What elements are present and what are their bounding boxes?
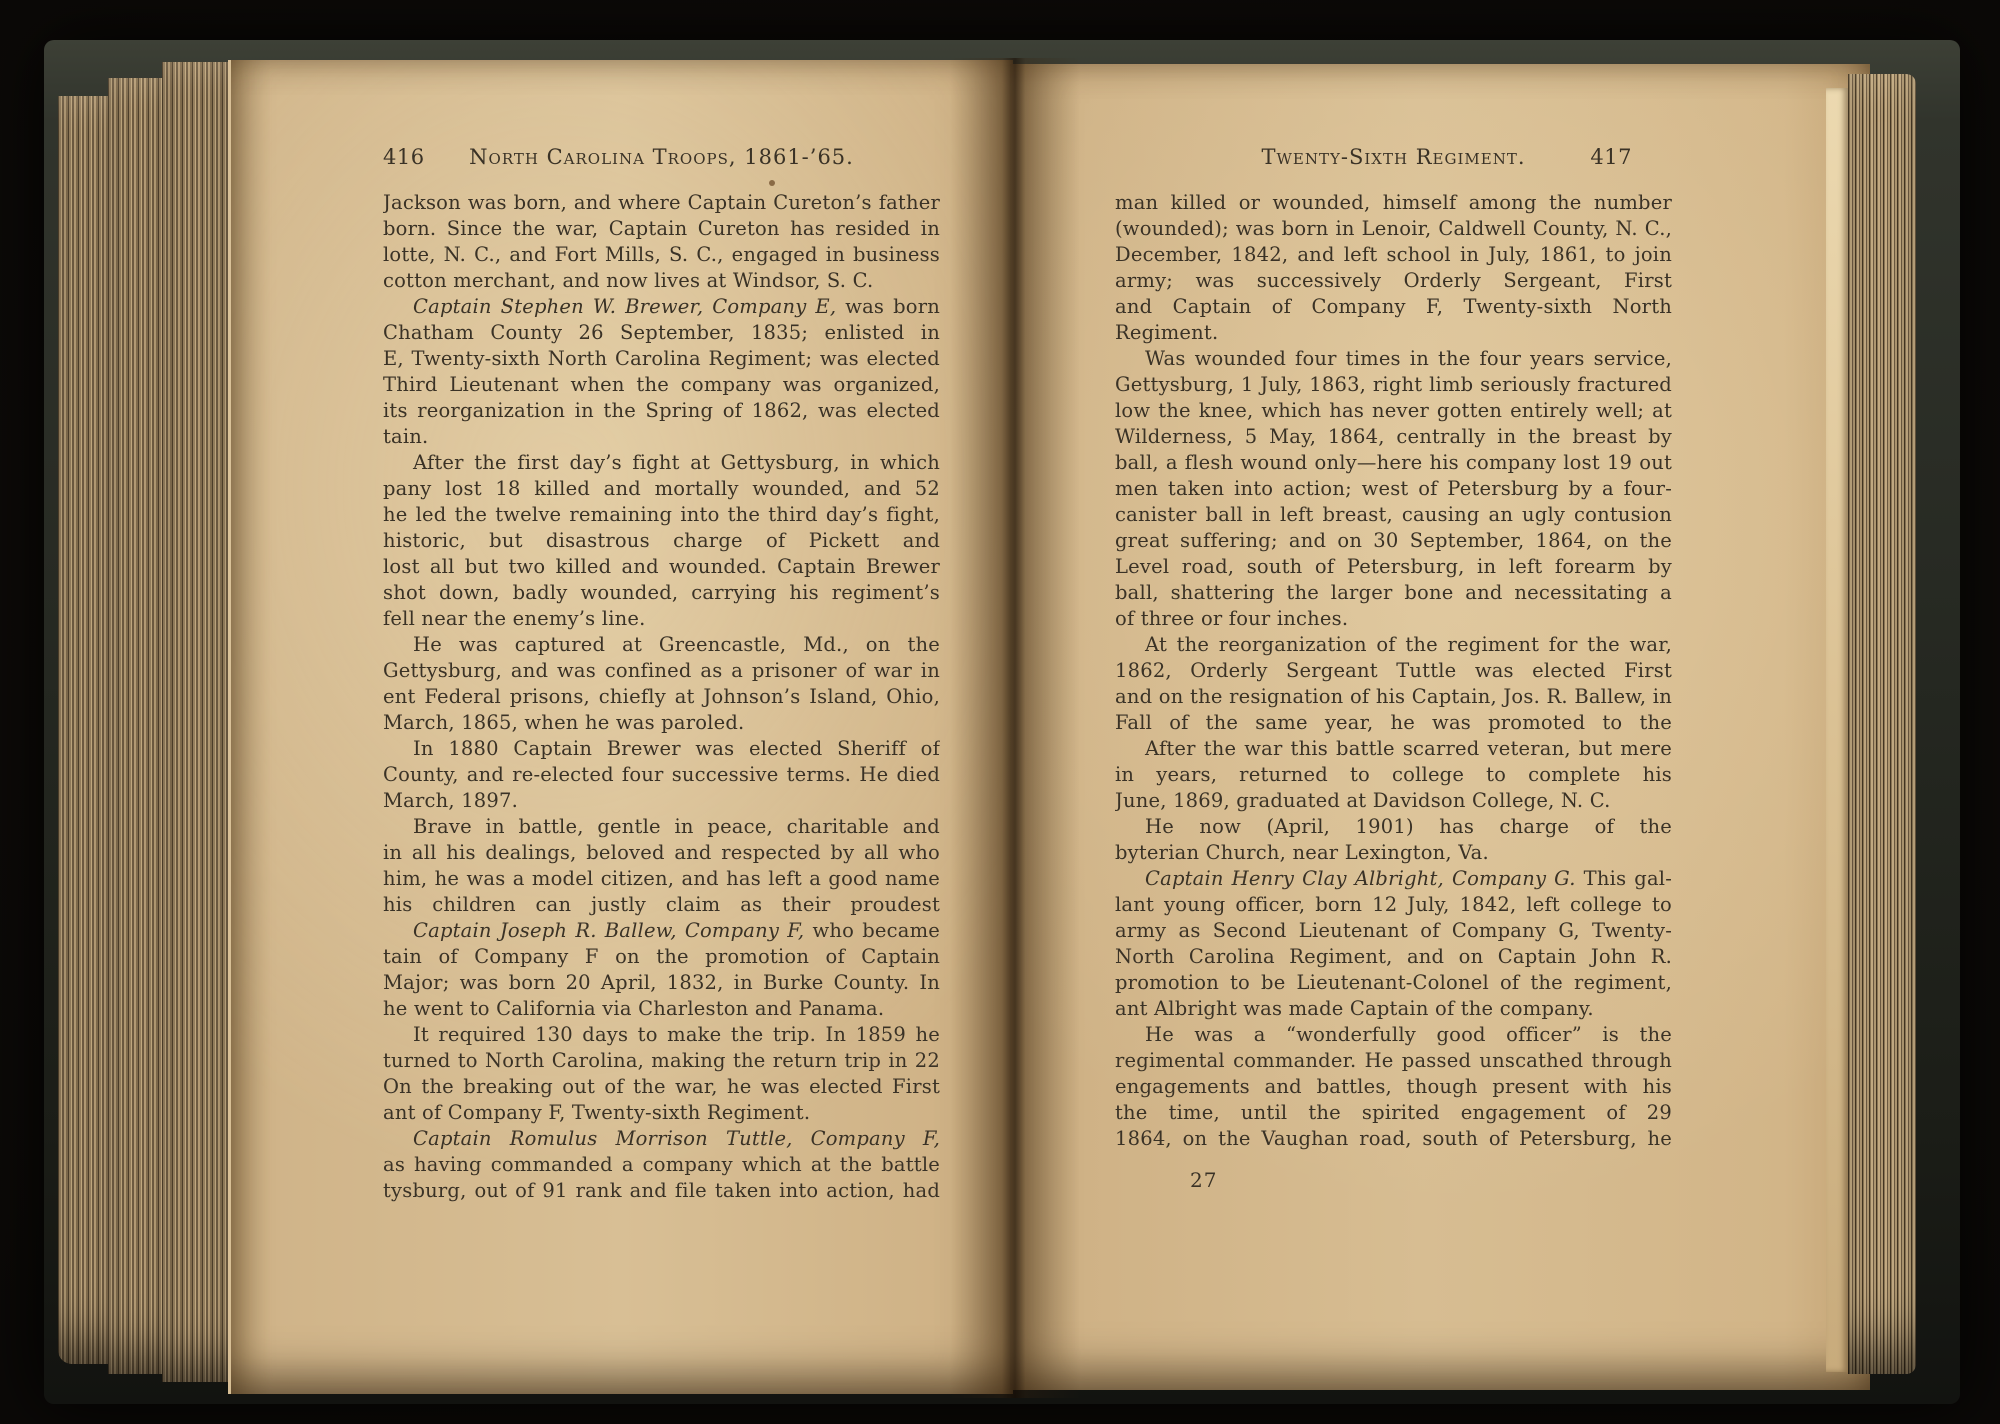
text-line: Level road, south of Petersburg, in left…	[1115, 554, 1672, 580]
text-line: Chatham County 26 September, 1835; enlis…	[383, 320, 940, 346]
text-line: Fall of the same year, he was promoted t…	[1115, 710, 1672, 736]
text-line: Captain Henry Clay Albright, Company G. …	[1115, 866, 1672, 892]
text-line: lost all but two killed and wounded. Cap…	[383, 554, 940, 580]
text-line: Jackson was born, and where Captain Cure…	[383, 190, 940, 216]
paragraph: He was a “wonderfully good officer” is t…	[1115, 1022, 1672, 1152]
text-line: fell near the enemy’s line.	[383, 606, 940, 632]
text-line: born. Since the war, Captain Cureton has…	[383, 216, 940, 242]
text-line: Gettysburg, and was confined as a prison…	[383, 658, 940, 684]
text-line: Captain Romulus Morrison Tuttle, Company…	[383, 1126, 940, 1152]
text-line: great suffering; and on 30 September, 18…	[1115, 528, 1672, 554]
left-page-header: 416 North Carolina Troops, 1861-’65.	[383, 144, 940, 170]
text-line: army; was successively Orderly Sergeant,…	[1115, 268, 1672, 294]
italic-lead: Captain Henry Clay Albright, Company G.	[1145, 867, 1576, 890]
text-line: and on the resignation of his Captain, J…	[1115, 684, 1672, 710]
text-line: Major; was born 20 April, 1832, in Burke…	[383, 970, 940, 996]
paragraph: man killed or wounded, himself among the…	[1115, 190, 1672, 346]
text-line: of three or four inches.	[1115, 606, 1672, 632]
left-page-text: 416 North Carolina Troops, 1861-’65. Jac…	[383, 144, 940, 1204]
text-line: (wounded); was born in Lenoir, Caldwell …	[1115, 216, 1672, 242]
paragraph: It required 130 days to make the trip. I…	[383, 1022, 940, 1126]
right-page-body: man killed or wounded, himself among the…	[1115, 190, 1672, 1152]
right-fore-edge-stack	[1848, 74, 1916, 1374]
text-line: lant young officer, born 12 July, 1842, …	[1115, 892, 1672, 918]
text-line: its reorganization in the Spring of 1862…	[383, 398, 940, 424]
paragraph: Captain Romulus Morrison Tuttle, Company…	[383, 1126, 940, 1204]
text-line: lotte, N. C., and Fort Mills, S. C., eng…	[383, 242, 940, 268]
text-line: the time, until the spirited engagement …	[1115, 1100, 1672, 1126]
left-page: 416 North Carolina Troops, 1861-’65. Jac…	[228, 60, 1013, 1394]
text-line: March, 1897.	[383, 788, 940, 814]
italic-lead: Captain Romulus Morrison Tuttle, Company…	[413, 1127, 940, 1150]
text-line: men taken into action; west of Petersbur…	[1115, 476, 1672, 502]
text-line: After the first day’s fight at Gettysbur…	[383, 450, 940, 476]
right-page-header: Twenty-Sixth Regiment. 417	[1115, 144, 1672, 170]
paragraph: Was wounded four times in the four years…	[1115, 346, 1672, 632]
text-line: man killed or wounded, himself among the…	[1115, 190, 1672, 216]
paragraph: After the war this battle scarred vetera…	[1115, 736, 1672, 814]
paragraph: In 1880 Captain Brewer was elected Sheri…	[383, 736, 940, 814]
text-line: Gettysburg, 1 July, 1863, right limb ser…	[1115, 372, 1672, 398]
photo-background: 416 North Carolina Troops, 1861-’65. Jac…	[0, 0, 2000, 1424]
text-line: After the war this battle scarred vetera…	[1115, 736, 1672, 762]
text-line: canister ball in left breast, causing an…	[1115, 502, 1672, 528]
paragraph: Captain Joseph R. Ballew, Company F, who…	[383, 918, 940, 1022]
text-line: and Captain of Company F, Twenty-sixth N…	[1115, 294, 1672, 320]
running-title: Twenty-Sixth Regiment.	[1115, 144, 1672, 170]
text-line: On the breaking out of the war, he was e…	[383, 1074, 940, 1100]
paragraph: At the reorganization of the regiment fo…	[1115, 632, 1672, 736]
text-line: He was a “wonderfully good officer” is t…	[1115, 1022, 1672, 1048]
paragraph: Jackson was born, and where Captain Cure…	[383, 190, 940, 294]
page-edge-block	[108, 78, 170, 1374]
text-line: December, 1842, and left school in July,…	[1115, 242, 1672, 268]
text-line: cotton merchant, and now lives at Windso…	[383, 268, 940, 294]
text-line: At the reorganization of the regiment fo…	[1115, 632, 1672, 658]
paragraph: Captain Stephen W. Brewer, Company E, wa…	[383, 294, 940, 450]
text-line: In 1880 Captain Brewer was elected Sheri…	[383, 736, 940, 762]
text-line: County, and re-elected four successive t…	[383, 762, 940, 788]
text-line: his children can justly claim as their p…	[383, 892, 940, 918]
text-line: tysburg, out of 91 rank and file taken i…	[383, 1178, 940, 1204]
text-line: He now (April, 1901) has charge of the C…	[1115, 814, 1672, 840]
text-line: shot down, badly wounded, carrying his r…	[383, 580, 940, 606]
text-line: 1864, on the Vaughan road, south of Pete…	[1115, 1126, 1672, 1152]
text-line: ball, shattering the larger bone and nec…	[1115, 580, 1672, 606]
left-page-body: Jackson was born, and where Captain Cure…	[383, 190, 940, 1204]
text-line: ant Albright was made Captain of the com…	[1115, 996, 1672, 1022]
text-line: he led the twelve remaining into the thi…	[383, 502, 940, 528]
text-line: tain.	[383, 424, 940, 450]
text-line: army as Second Lieutenant of Company G, …	[1115, 918, 1672, 944]
text-line: Captain Stephen W. Brewer, Company E, wa…	[383, 294, 940, 320]
page-edge-block	[58, 96, 114, 1364]
right-page: Twenty-Sixth Regiment. 417 man killed or…	[1010, 64, 1870, 1390]
text-line: byterian Church, near Lexington, Va.	[1115, 840, 1672, 866]
paragraph: Brave in battle, gentle in peace, charit…	[383, 814, 940, 918]
open-book: 416 North Carolina Troops, 1861-’65. Jac…	[44, 40, 1960, 1404]
text-line: Was wounded four times in the four years…	[1115, 346, 1672, 372]
text-line: regimental commander. He passed unscathe…	[1115, 1048, 1672, 1074]
text-line: promotion to be Lieutenant-Colonel of th…	[1115, 970, 1672, 996]
text-line: ent Federal prisons, chiefly at Johnson’…	[383, 684, 940, 710]
paragraph: Captain Henry Clay Albright, Company G. …	[1115, 866, 1672, 1022]
text-line: He was captured at Greencastle, Md., on …	[383, 632, 940, 658]
text-line: him, he was a model citizen, and has lef…	[383, 866, 940, 892]
text-line: low the knee, which has never gotten ent…	[1115, 398, 1672, 424]
italic-lead: Captain Joseph R. Ballew, Company F,	[413, 919, 804, 942]
text-line: turned to North Carolina, making the ret…	[383, 1048, 940, 1074]
text-line: E, Twenty-sixth North Carolina Regiment;…	[383, 346, 940, 372]
text-line: 1862, Orderly Sergeant Tuttle was electe…	[1115, 658, 1672, 684]
paragraph: After the first day’s fight at Gettysbur…	[383, 450, 940, 632]
text-line: Wilderness, 5 May, 1864, centrally in th…	[1115, 424, 1672, 450]
text-line: pany lost 18 killed and mortally wounded…	[383, 476, 940, 502]
text-line: ball, a flesh wound only—here his compan…	[1115, 450, 1672, 476]
text-line: as having commanded a company which at t…	[383, 1152, 940, 1178]
text-line: June, 1869, graduated at Davidson Colleg…	[1115, 788, 1672, 814]
text-line: ant of Company F, Twenty-sixth Regiment.	[383, 1100, 940, 1126]
right-page-under-sheet	[1826, 88, 1848, 1372]
right-page-text: Twenty-Sixth Regiment. 417 man killed or…	[1115, 144, 1672, 1152]
text-line: tain of Company F on the promotion of Ca…	[383, 944, 940, 970]
italic-lead: Captain Stephen W. Brewer, Company E,	[413, 295, 836, 318]
text-line: March, 1865, when he was paroled.	[383, 710, 940, 736]
text-line: Third Lieutenant when the company was or…	[383, 372, 940, 398]
paragraph: He was captured at Greencastle, Md., on …	[383, 632, 940, 736]
text-line: engagements and battles, though present …	[1115, 1074, 1672, 1100]
text-line: Brave in battle, gentle in peace, charit…	[383, 814, 940, 840]
text-line: in all his dealings, beloved and respect…	[383, 840, 940, 866]
signature-mark: 27	[1190, 1168, 1217, 1192]
text-line: Regiment.	[1115, 320, 1672, 346]
text-line: historic, but disastrous charge of Picke…	[383, 528, 940, 554]
page-edge-block	[162, 62, 230, 1382]
text-line: Captain Joseph R. Ballew, Company F, who…	[383, 918, 940, 944]
text-line: It required 130 days to make the trip. I…	[383, 1022, 940, 1048]
paragraph: He now (April, 1901) has charge of the C…	[1115, 814, 1672, 866]
text-line: North Carolina Regiment, and on Captain …	[1115, 944, 1672, 970]
text-line: he went to California via Charleston and…	[383, 996, 940, 1022]
running-title: North Carolina Troops, 1861-’65.	[383, 144, 940, 170]
text-line: in years, returned to college to complet…	[1115, 762, 1672, 788]
page-number: 417	[1590, 144, 1632, 170]
left-fore-edge-stack	[58, 56, 230, 1392]
